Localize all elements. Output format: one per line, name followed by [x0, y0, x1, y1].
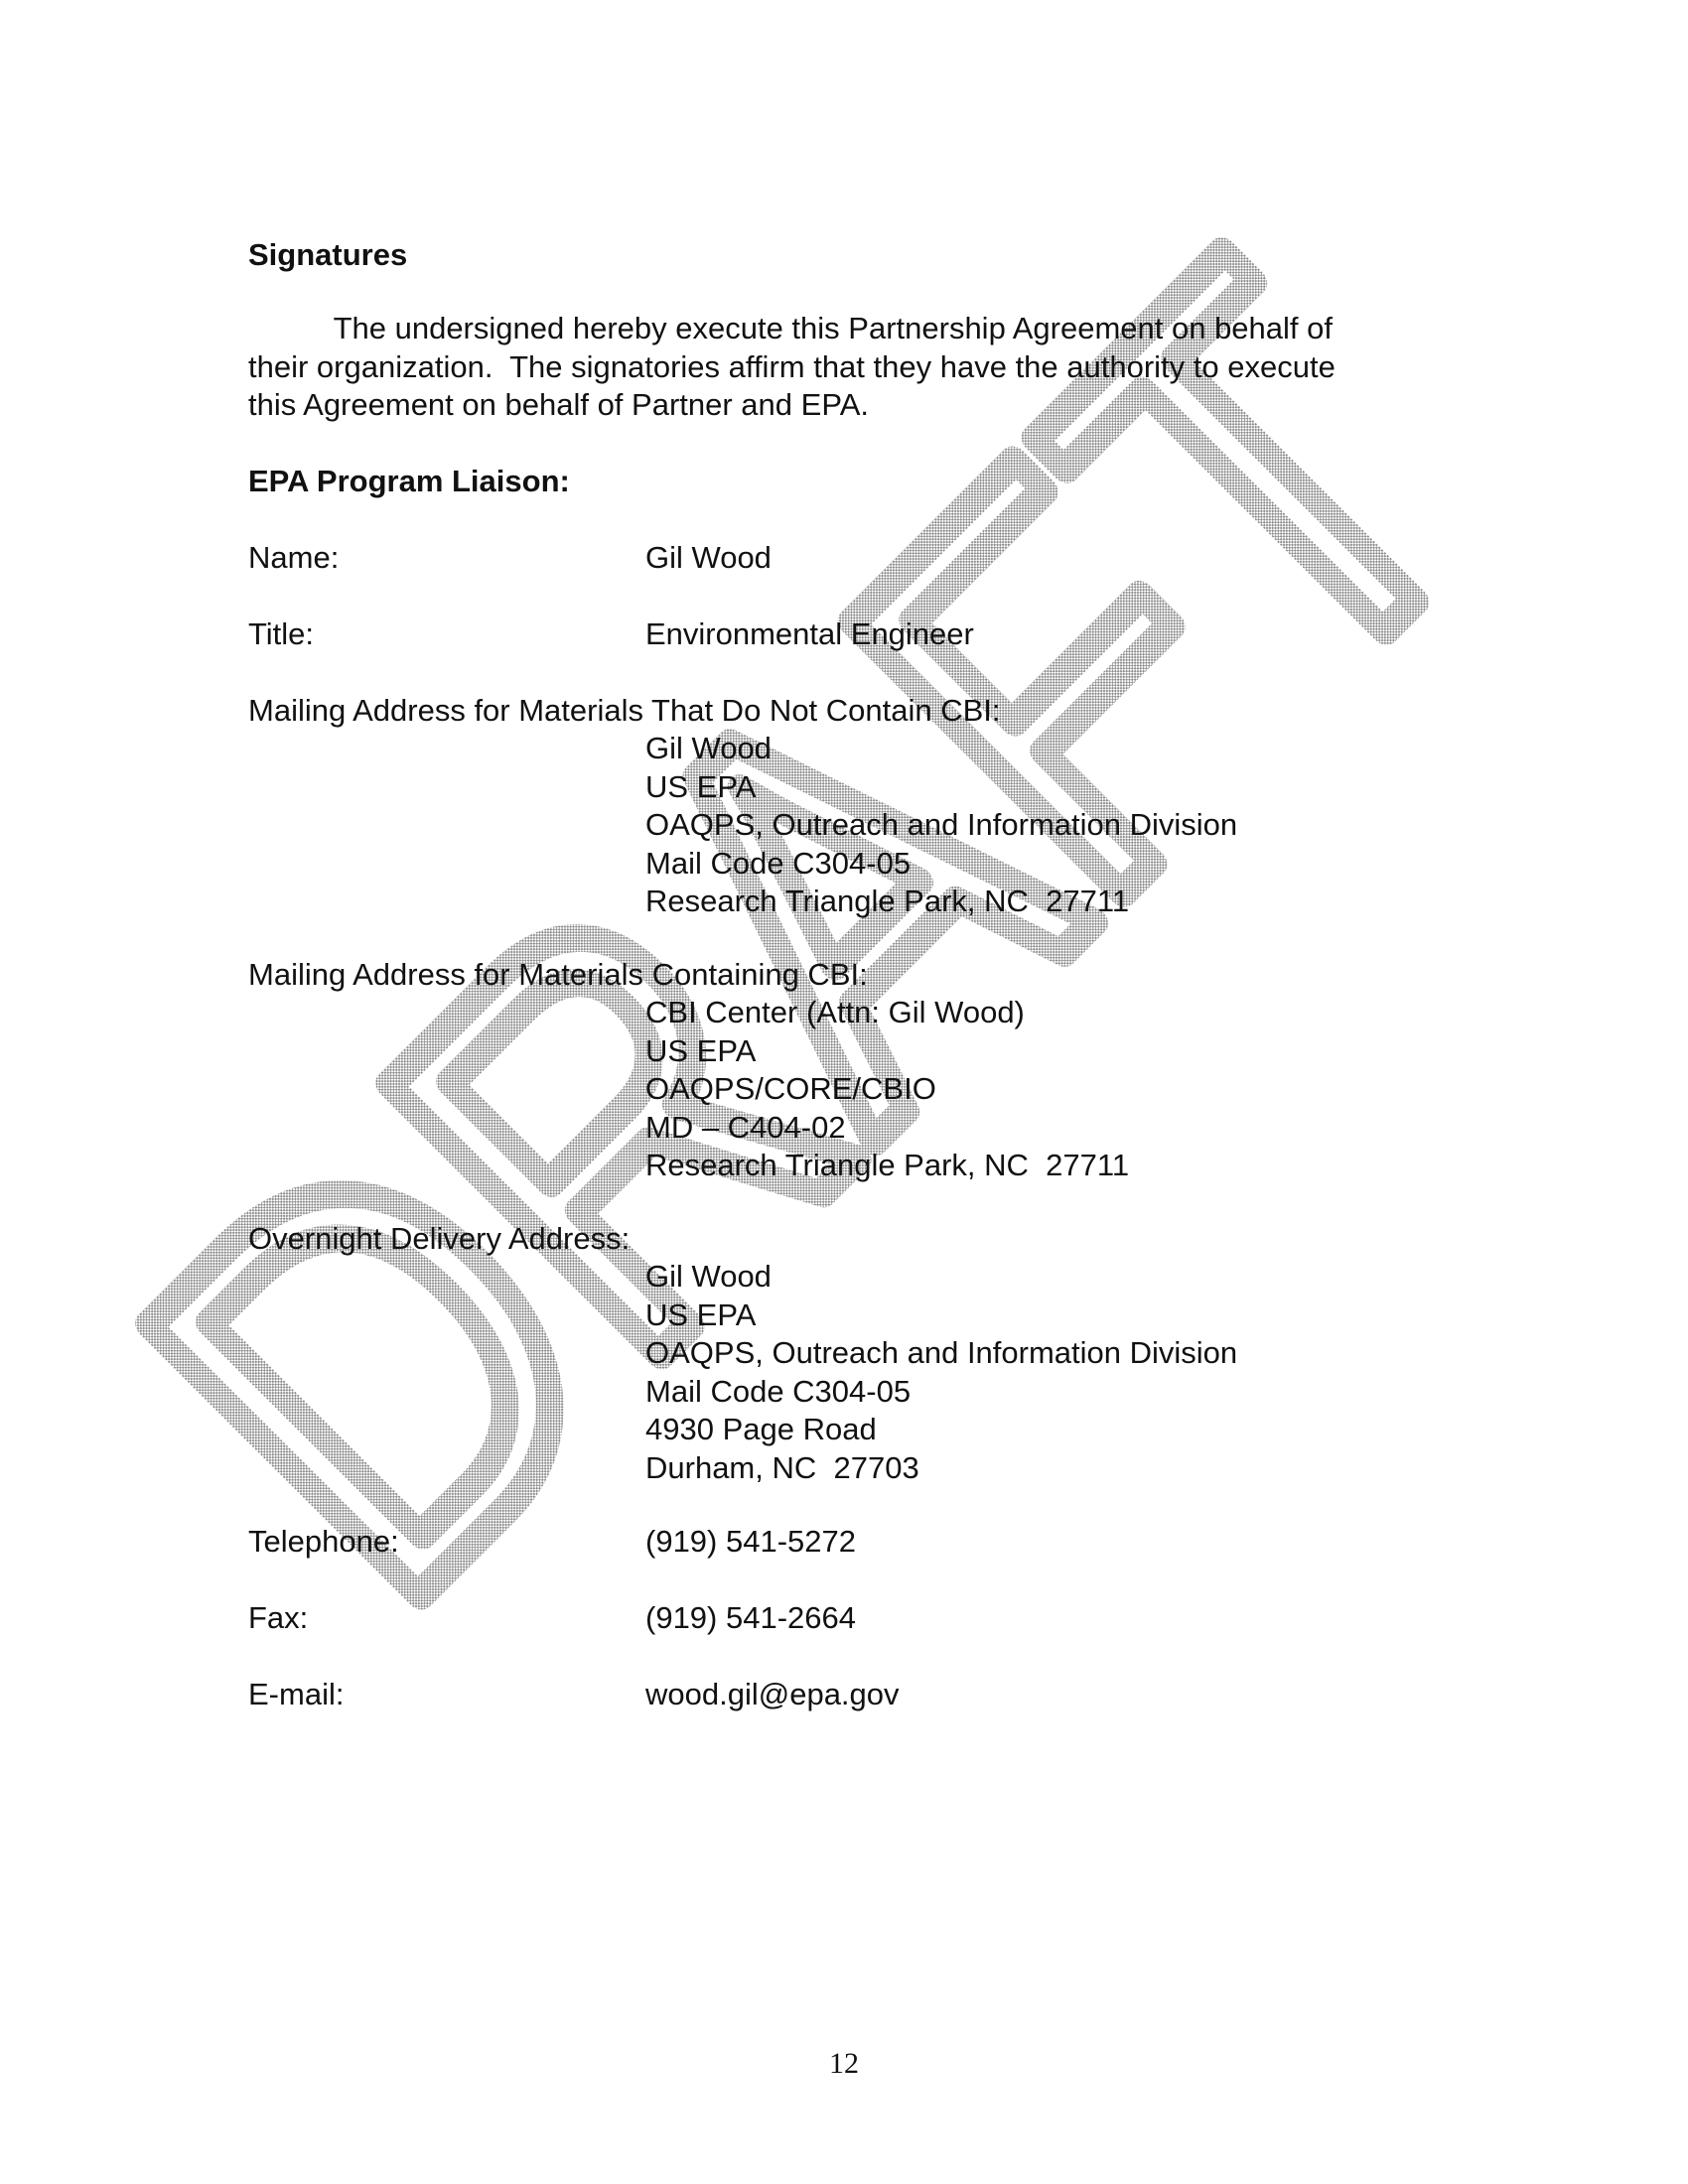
address-line: 4930 Page Road: [645, 1411, 1237, 1449]
page-number: 12: [0, 2047, 1688, 2081]
intro-line: their organization. The signatories affi…: [248, 348, 1440, 387]
mailing-cbi-label: Mailing Address for Materials Containing…: [248, 956, 868, 995]
address-line: US EPA: [645, 1032, 1129, 1071]
section-heading-signatures: Signatures: [248, 236, 407, 275]
address-line: OAQPS, Outreach and Information Division: [645, 1334, 1237, 1373]
address-line: Mail Code C304-05: [645, 1373, 1237, 1412]
intro-line: The undersigned hereby execute this Part…: [248, 310, 1440, 348]
title-label: Title:: [248, 615, 314, 654]
address-line: Durham, NC 27703: [645, 1449, 1237, 1488]
address-line: MD – C404-02: [645, 1109, 1129, 1148]
fax-value: (919) 541-2664: [645, 1599, 856, 1638]
mailing-non-cbi-label: Mailing Address for Materials That Do No…: [248, 692, 1001, 731]
address-line: Research Triangle Park, NC 27711: [645, 1147, 1129, 1185]
address-line: Mail Code C304-05: [645, 845, 1237, 884]
address-line: US EPA: [645, 768, 1237, 807]
address-line: CBI Center (Attn: Gil Wood): [645, 994, 1129, 1032]
email-value[interactable]: wood.gil@epa.gov: [645, 1676, 900, 1714]
address-line: Research Triangle Park, NC 27711: [645, 883, 1237, 921]
address-line: Gil Wood: [645, 1258, 1237, 1297]
intro-line: this Agreement on behalf of Partner and …: [248, 386, 1440, 425]
fax-label: Fax:: [248, 1599, 308, 1638]
mailing-non-cbi-address: Gil Wood US EPA OAQPS, Outreach and Info…: [645, 730, 1237, 921]
address-line: OAQPS/CORE/CBIO: [645, 1070, 1129, 1109]
name-value: Gil Wood: [645, 539, 772, 578]
email-label: E-mail:: [248, 1676, 344, 1714]
name-label: Name:: [248, 539, 339, 578]
document-page: DRAFT Signatures The undersigned hereby …: [0, 0, 1688, 2184]
telephone-value: (919) 541-5272: [645, 1523, 856, 1562]
address-line: Gil Wood: [645, 730, 1237, 768]
mailing-cbi-address: CBI Center (Attn: Gil Wood) US EPA OAQPS…: [645, 994, 1129, 1185]
overnight-address: Gil Wood US EPA OAQPS, Outreach and Info…: [645, 1258, 1237, 1487]
telephone-label: Telephone:: [248, 1523, 399, 1562]
intro-paragraph: The undersigned hereby execute this Part…: [248, 310, 1440, 425]
address-line: US EPA: [645, 1297, 1237, 1335]
liaison-heading: EPA Program Liaison:: [248, 463, 570, 501]
overnight-label: Overnight Delivery Address:: [248, 1220, 630, 1259]
address-line: OAQPS, Outreach and Information Division: [645, 806, 1237, 845]
title-value: Environmental Engineer: [645, 615, 974, 654]
